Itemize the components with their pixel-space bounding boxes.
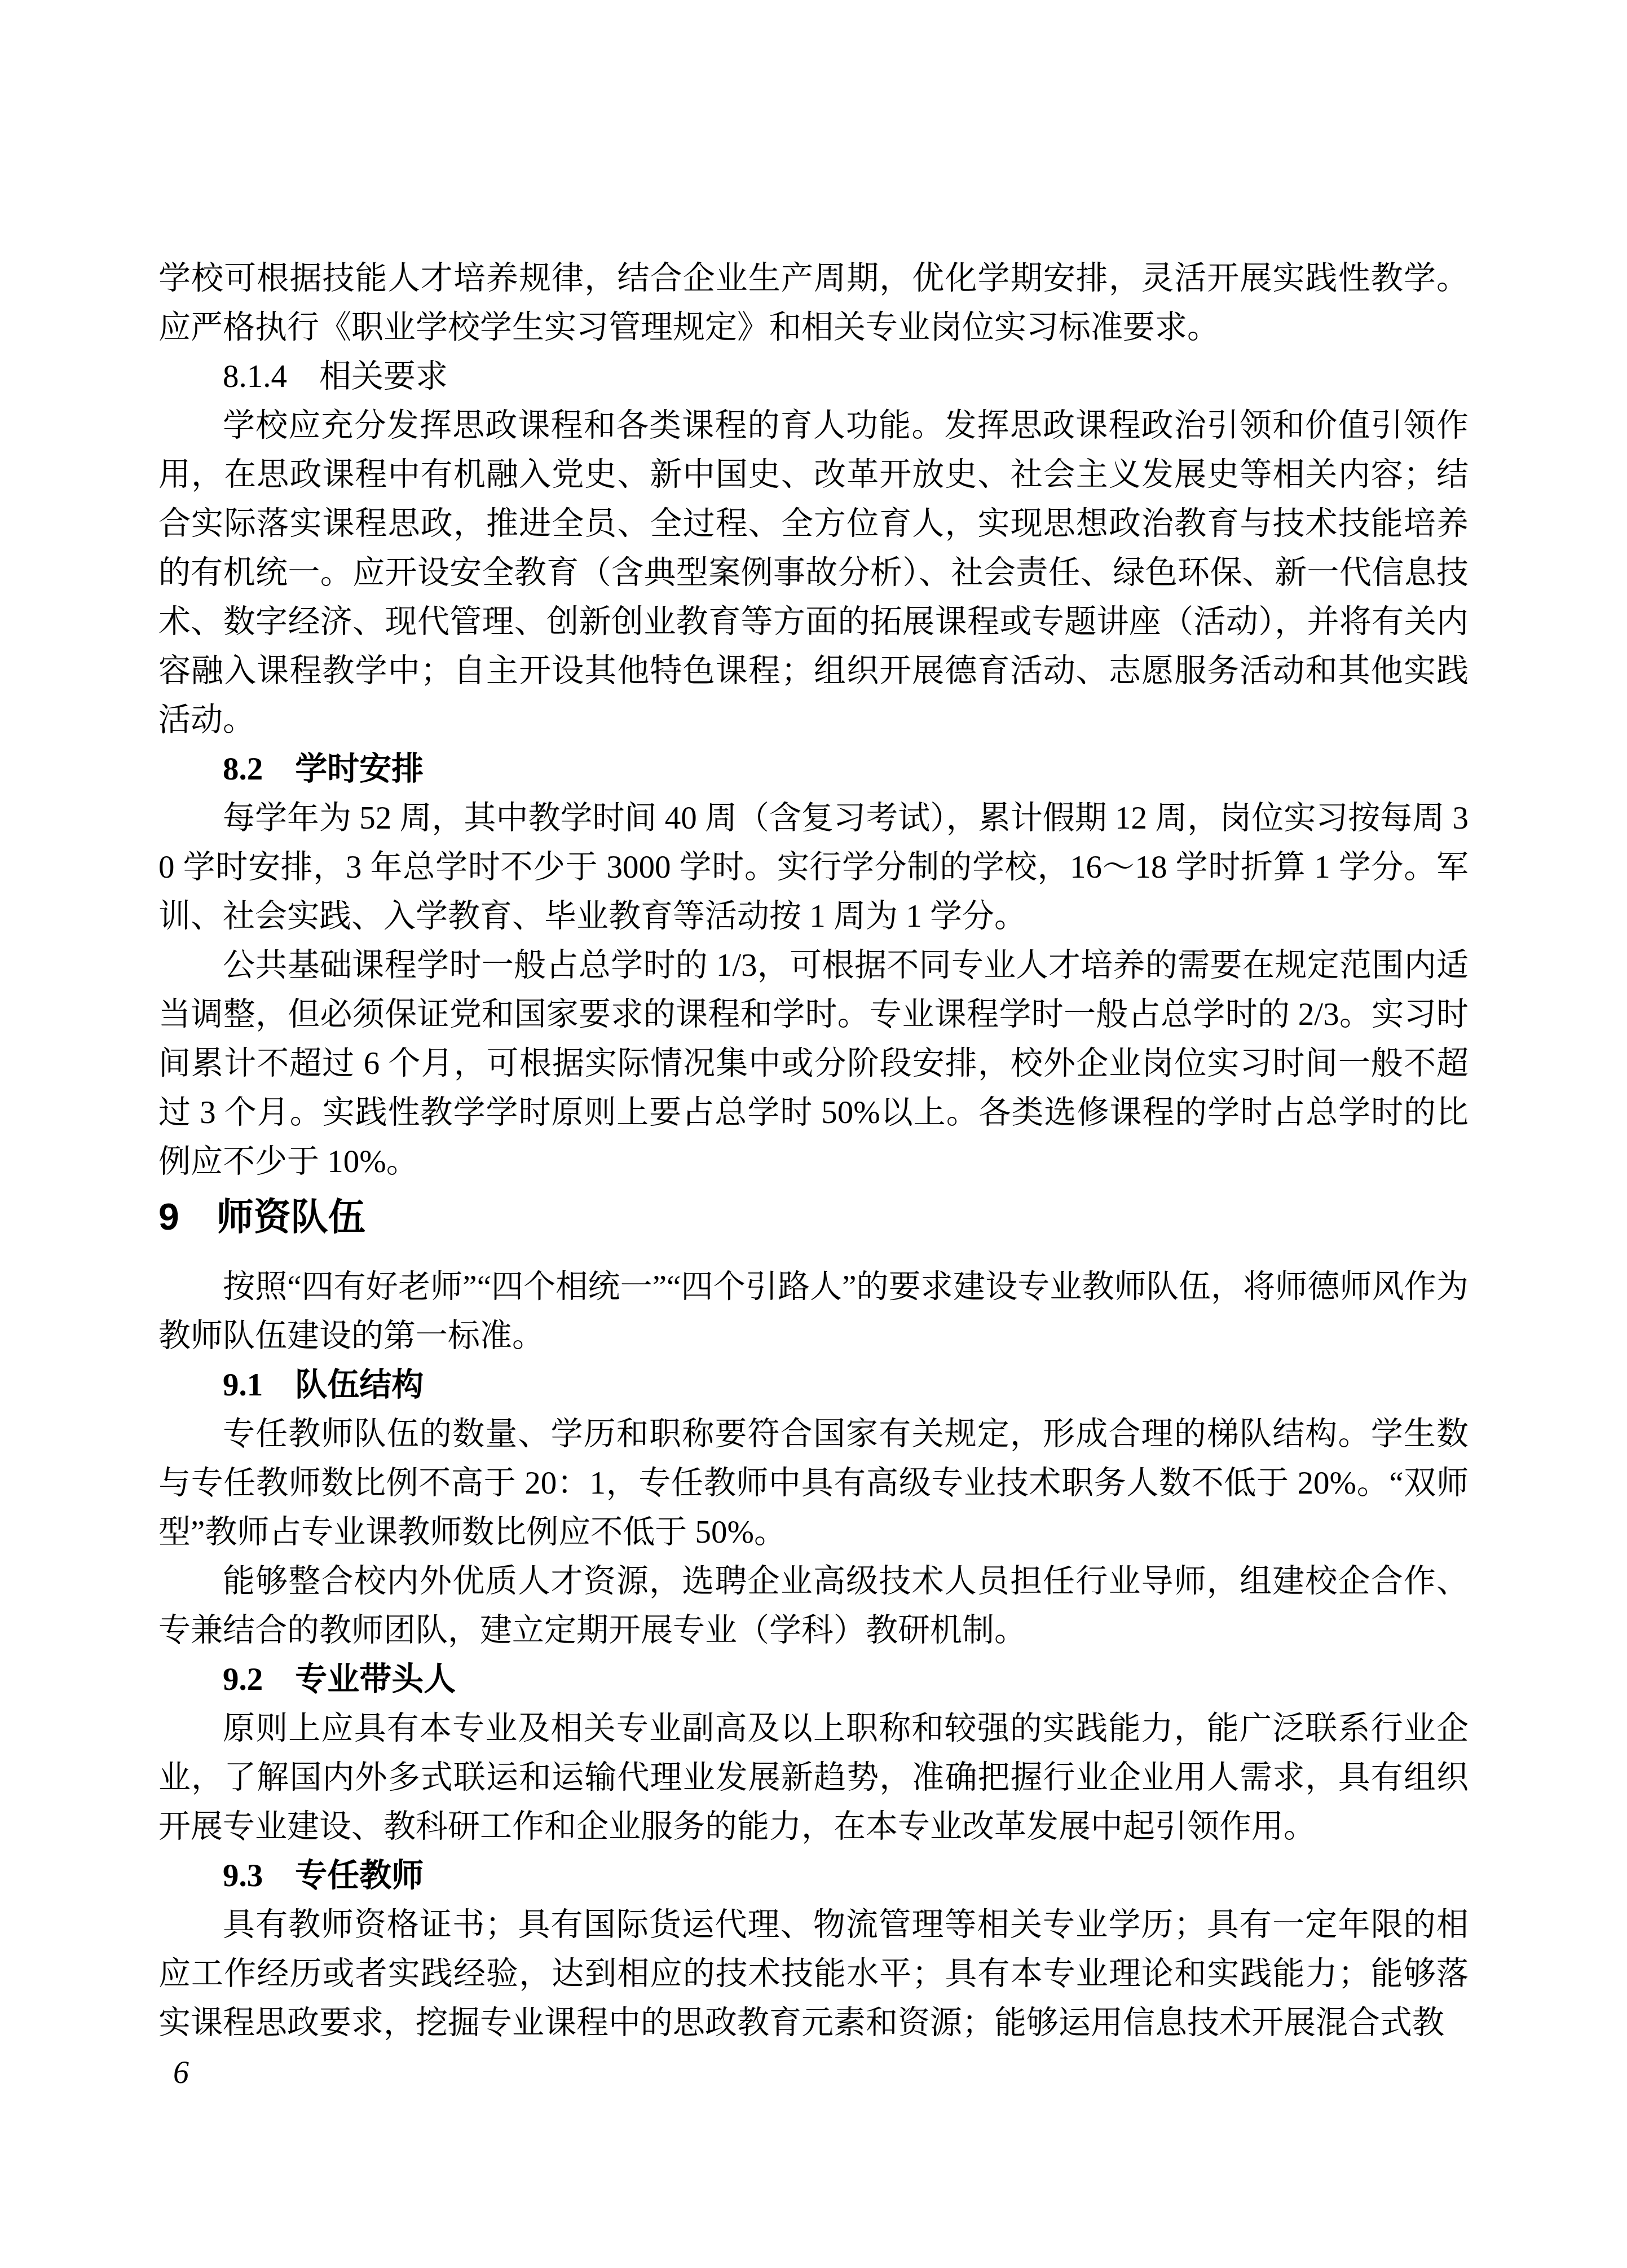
- body-paragraph: 具有教师资格证书；具有国际货运代理、物流管理等相关专业学历；具有一定年限的相应工…: [158, 1900, 1469, 2047]
- body-paragraph: 专任教师队伍的数量、学历和职称要符合国家有关规定，形成合理的梯队结构。学生数与专…: [158, 1410, 1469, 1557]
- body-paragraph: 每学年为 52 周，其中教学时间 40 周（含复习考试），累计假期 12 周，岗…: [158, 794, 1469, 941]
- document-body: 学校可根据技能人才培养规律，结合企业生产周期，优化学期安排，灵活开展实践性教学。…: [158, 254, 1469, 2047]
- body-paragraph: 按照“四有好老师”“四个相统一”“四个引路人”的要求建设专业教师队伍，将师德师风…: [158, 1262, 1469, 1360]
- body-paragraph: 学校应充分发挥思政课程和各类课程的育人功能。发挥思政课程政治引领和价值引领作用，…: [158, 401, 1469, 745]
- heading-9-3: 9.3 专任教师: [158, 1851, 1469, 1900]
- heading-8-2: 8.2 学时安排: [158, 745, 1469, 794]
- body-paragraph: 原则上应具有本专业及相关专业副高及以上职称和较强的实践能力，能广泛联系行业企业，…: [158, 1704, 1469, 1851]
- heading-9-1: 9.1 队伍结构: [158, 1360, 1469, 1410]
- heading-9: 9 师资队伍: [158, 1190, 1469, 1244]
- document-page: 学校可根据技能人才培养规律，结合企业生产周期，优化学期安排，灵活开展实践性教学。…: [0, 0, 1627, 2268]
- body-paragraph: 公共基础课程学时一般占总学时的 1/3，可根据不同专业人才培养的需要在规定范围内…: [158, 941, 1469, 1186]
- body-paragraph: 能够整合校内外优质人才资源，选聘企业高级技术人员担任行业导师，组建校企合作、专兼…: [158, 1557, 1469, 1655]
- heading-8-1-4: 8.1.4 相关要求: [158, 352, 1469, 401]
- body-paragraph: 学校可根据技能人才培养规律，结合企业生产周期，优化学期安排，灵活开展实践性教学。…: [158, 254, 1469, 352]
- page-number: 6: [173, 2056, 189, 2090]
- heading-9-2: 9.2 专业带头人: [158, 1655, 1469, 1704]
